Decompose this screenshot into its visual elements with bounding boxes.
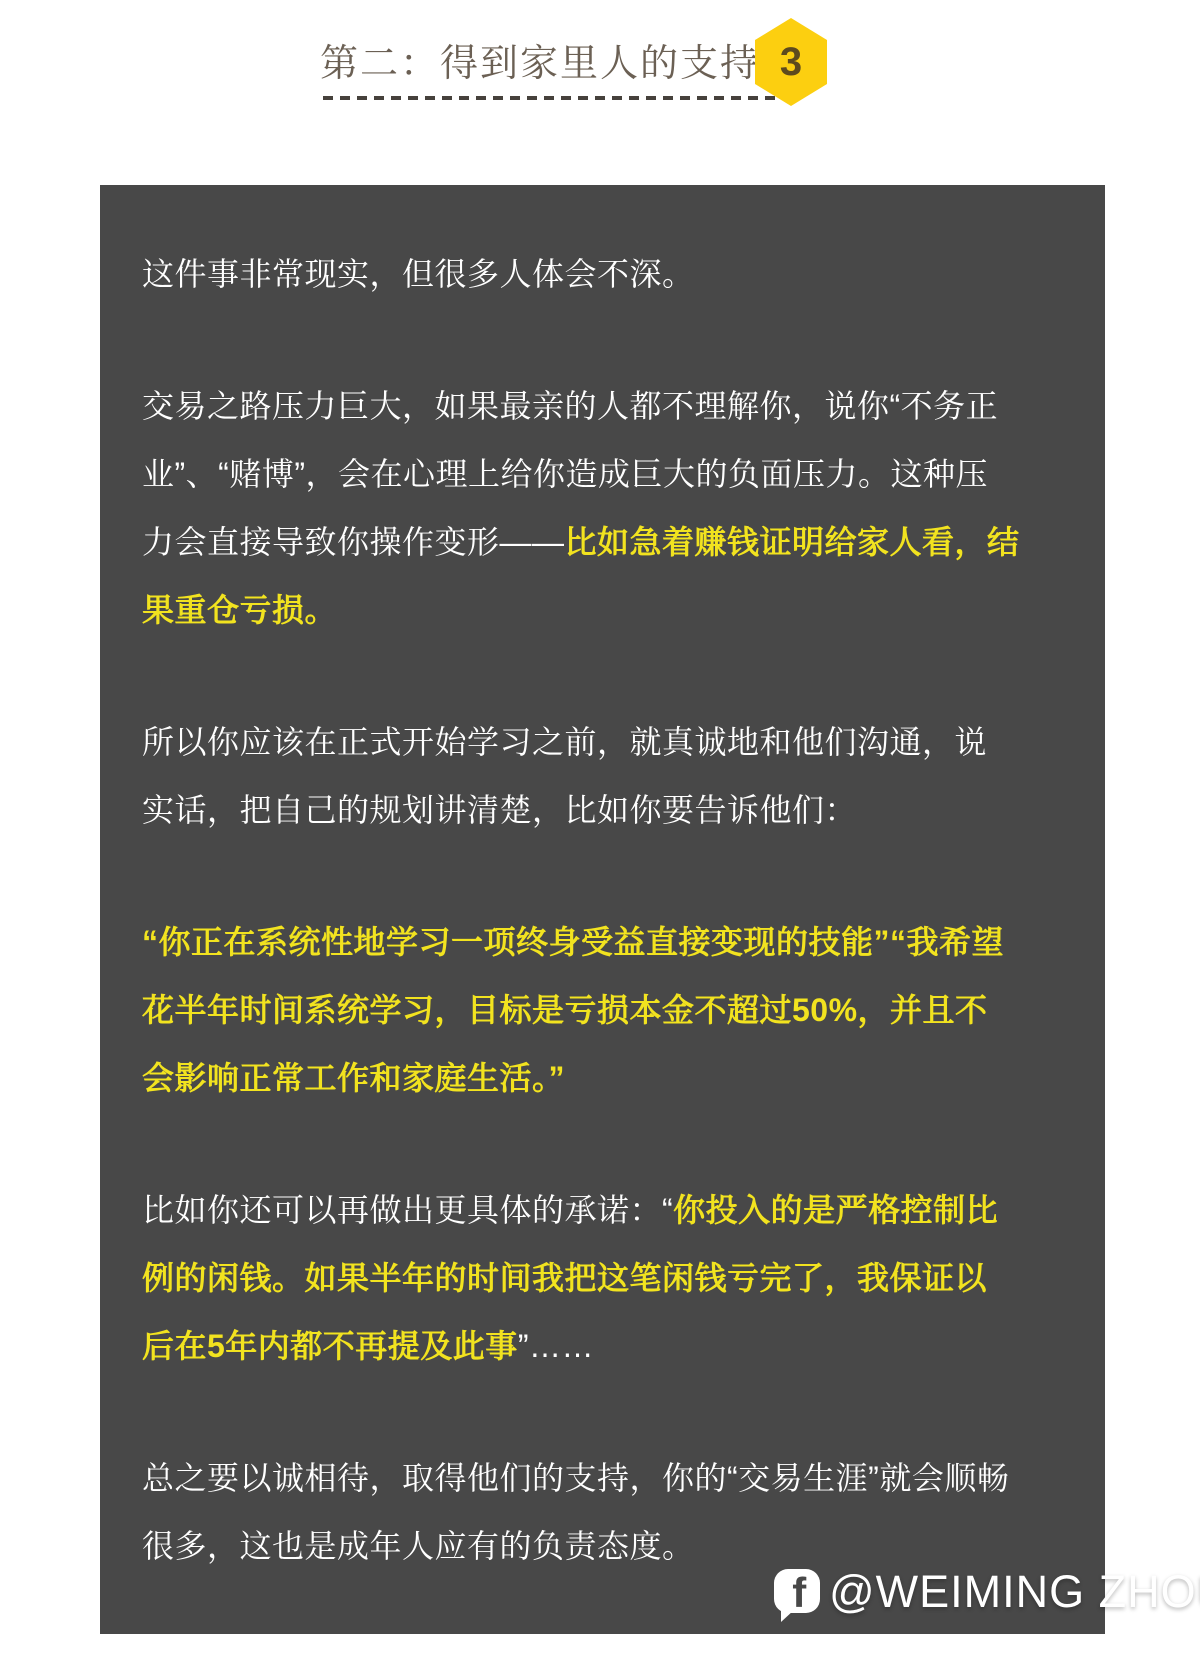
text-line: 这件事非常现实，但很多人体会不深。 <box>142 240 1020 308</box>
text-line: 会影响正常工作和家庭生活。” <box>142 1044 1020 1112</box>
text-line: 交易之路压力巨大，如果最亲的人都不理解你，说你“不务正 <box>142 372 1020 440</box>
paragraph: 总之要以诚相待，取得他们的支持，你的“交易生涯”就会顺畅很多，这也是成年人应有的… <box>142 1444 1020 1580</box>
body-text: ”…… <box>518 1328 594 1364</box>
body-text: 很多，这也是成年人应有的负责态度。 <box>142 1528 695 1564</box>
text-line: 所以你应该在正式开始学习之前，就真诚地和他们沟通，说 <box>142 708 1020 776</box>
text-line: 比如你还可以再做出更具体的承诺：“你投入的是严格控制比 <box>142 1176 1020 1244</box>
highlight-text: 会影响正常工作和家庭生活。” <box>142 1060 565 1096</box>
paragraph: 所以你应该在正式开始学习之前，就真诚地和他们沟通，说实话，把自己的规划讲清楚，比… <box>142 708 1020 844</box>
dashed-divider <box>323 96 790 100</box>
text-line: 后在5年内都不再提及此事”…… <box>142 1312 1020 1380</box>
paragraph: “你正在系统性地学习一项终身受益直接变现的技能”“我希望花半年时间系统学习，目标… <box>142 908 1020 1112</box>
body-text: 所以你应该在正式开始学习之前，就真诚地和他们沟通，说 <box>142 724 987 760</box>
highlight-text: 例的闲钱。如果半年的时间我把这笔闲钱亏完了，我保证以 <box>142 1260 987 1296</box>
highlight-text: 你投入的是严格控制比 <box>673 1192 998 1228</box>
highlight-text: 后在5年内都不再提及此事 <box>142 1328 518 1364</box>
content-card: 这件事非常现实，但很多人体会不深。交易之路压力巨大，如果最亲的人都不理解你，说你… <box>100 185 1105 1634</box>
text-line: 力会直接导致你操作变形——比如急着赚钱证明给家人看，结 <box>142 508 1020 576</box>
highlight-text: 果重仓亏损。 <box>142 592 337 628</box>
watermark: f @WEIMING ZHOU <box>774 1566 1200 1618</box>
highlight-text: 比如急着赚钱证明给家人看，结 <box>565 524 1020 560</box>
body-text: 交易之路压力巨大，如果最亲的人都不理解你，说你“不务正 <box>142 388 998 424</box>
facebook-icon: f <box>774 1569 820 1615</box>
text-line: 实话，把自己的规划讲清楚，比如你要告诉他们： <box>142 776 1020 844</box>
body-text: 力会直接导致你操作变形—— <box>142 524 565 560</box>
page-number: 3 <box>780 40 802 85</box>
page: 第二：得到家里人的支持 3 这件事非常现实，但很多人体会不深。交易之路压力巨大，… <box>0 0 1200 1656</box>
text-line: 果重仓亏损。 <box>142 576 1020 644</box>
paragraph: 比如你还可以再做出更具体的承诺：“你投入的是严格控制比例的闲钱。如果半年的时间我… <box>142 1176 1020 1380</box>
body-paragraphs: 这件事非常现实，但很多人体会不深。交易之路压力巨大，如果最亲的人都不理解你，说你… <box>142 240 1020 1644</box>
highlight-text: 花半年时间系统学习，目标是亏损本金不超过50%，并且不 <box>142 992 988 1028</box>
body-text: 总之要以诚相待，取得他们的支持，你的“交易生涯”就会顺畅 <box>142 1460 1009 1496</box>
facebook-f-letter: f <box>792 1571 806 1615</box>
paragraph: 交易之路压力巨大，如果最亲的人都不理解你，说你“不务正业”、“赌博”，会在心理上… <box>142 372 1020 644</box>
text-line: “你正在系统性地学习一项终身受益直接变现的技能”“我希望 <box>142 908 1020 976</box>
paragraph: 这件事非常现实，但很多人体会不深。 <box>142 240 1020 308</box>
body-text: 业”、“赌博”，会在心理上给你造成巨大的负面压力。这种压 <box>142 456 988 492</box>
watermark-handle: @WEIMING ZHOU <box>829 1566 1200 1618</box>
highlight-text: “你正在系统性地学习一项终身受益直接变现的技能”“我希望 <box>142 924 1004 960</box>
body-text: 这件事非常现实，但很多人体会不深。 <box>142 256 695 292</box>
text-line: 业”、“赌博”，会在心理上给你造成巨大的负面压力。这种压 <box>142 440 1020 508</box>
text-line: 花半年时间系统学习，目标是亏损本金不超过50%，并且不 <box>142 976 1020 1044</box>
body-text: 实话，把自己的规划讲清楚，比如你要告诉他们： <box>142 792 857 828</box>
text-line: 总之要以诚相待，取得他们的支持，你的“交易生涯”就会顺畅 <box>142 1444 1020 1512</box>
body-text: 比如你还可以再做出更具体的承诺：“ <box>142 1192 673 1228</box>
page-title: 第二：得到家里人的支持 <box>310 32 770 87</box>
text-line: 例的闲钱。如果半年的时间我把这笔闲钱亏完了，我保证以 <box>142 1244 1020 1312</box>
